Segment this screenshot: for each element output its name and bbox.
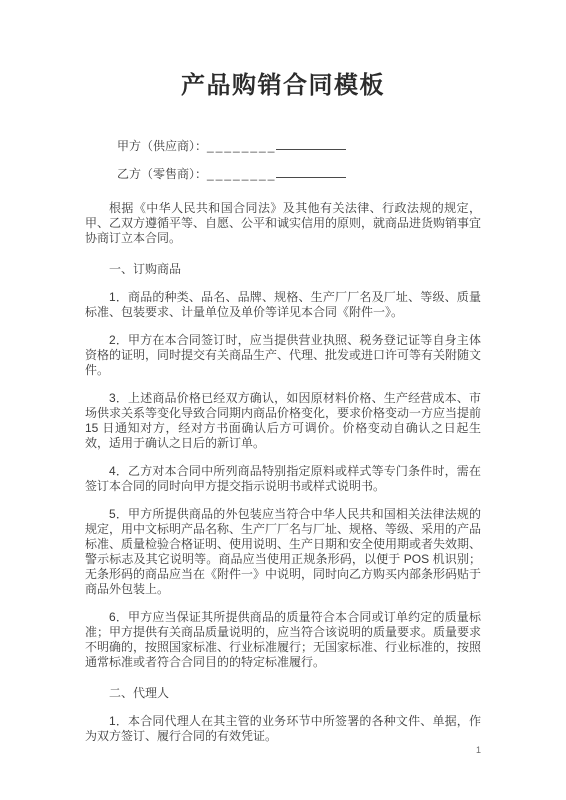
party-a-blank: ________ <box>207 139 276 153</box>
section-1-item-3: 3．上述商品价格已经双方确认，如因原材料价格、生产经营成本、市场供求关系等变化导… <box>85 391 481 451</box>
page-number: 1 <box>476 745 481 755</box>
parties-block: 甲方（供应商）：________ 乙方（零售商）：________ <box>85 132 481 188</box>
section-1-item-6: 6．甲方应当保证其所提供商品的质量符合本合同或订单约定的质量标准；甲方提供有关商… <box>85 610 481 670</box>
party-a-label: 甲方（供应商）： <box>117 139 207 153</box>
intro-paragraph: 根据《中华人民共和国合同法》及其他有关法律、行政法规的规定，甲、乙双方遵循平等、… <box>85 201 481 246</box>
party-a-underline <box>276 140 346 150</box>
section-1-item-5: 5．甲方所提供商品的外包装应当符合中华人民共和国相关法律法规的规定，用中文标明产… <box>85 507 481 597</box>
document-title: 产品购销合同模板 <box>85 70 481 102</box>
party-b-label: 乙方（零售商）： <box>117 167 207 181</box>
party-a-line: 甲方（供应商）：________ <box>117 132 481 160</box>
section-1-item-4: 4．乙方对本合同中所列商品特别指定原料或样式等专门条件时，需在签订本合同的同时向… <box>85 464 481 494</box>
section-2-heading: 二、代理人 <box>85 686 481 701</box>
party-b-underline <box>276 168 346 178</box>
section-1-heading: 一、订购商品 <box>85 262 481 277</box>
section-1-item-1: 1．商品的种类、品名、品牌、规格、生产厂厂名及厂址、等级、质量标准、包装要求、计… <box>85 290 481 320</box>
party-b-line: 乙方（零售商）：________ <box>117 160 481 188</box>
party-b-blank: ________ <box>207 167 276 181</box>
document-page: 产品购销合同模板 甲方（供应商）：________ 乙方（零售商）：______… <box>0 0 566 800</box>
section-2-item-1: 1．本合同代理人在其主管的业务环节中所签署的各种文件、单据，作为双方签订、履行合… <box>85 714 481 744</box>
section-1-item-2: 2．甲方在本合同签订时，应当提供营业执照、税务登记证等自身主体资格的证明，同时提… <box>85 333 481 378</box>
